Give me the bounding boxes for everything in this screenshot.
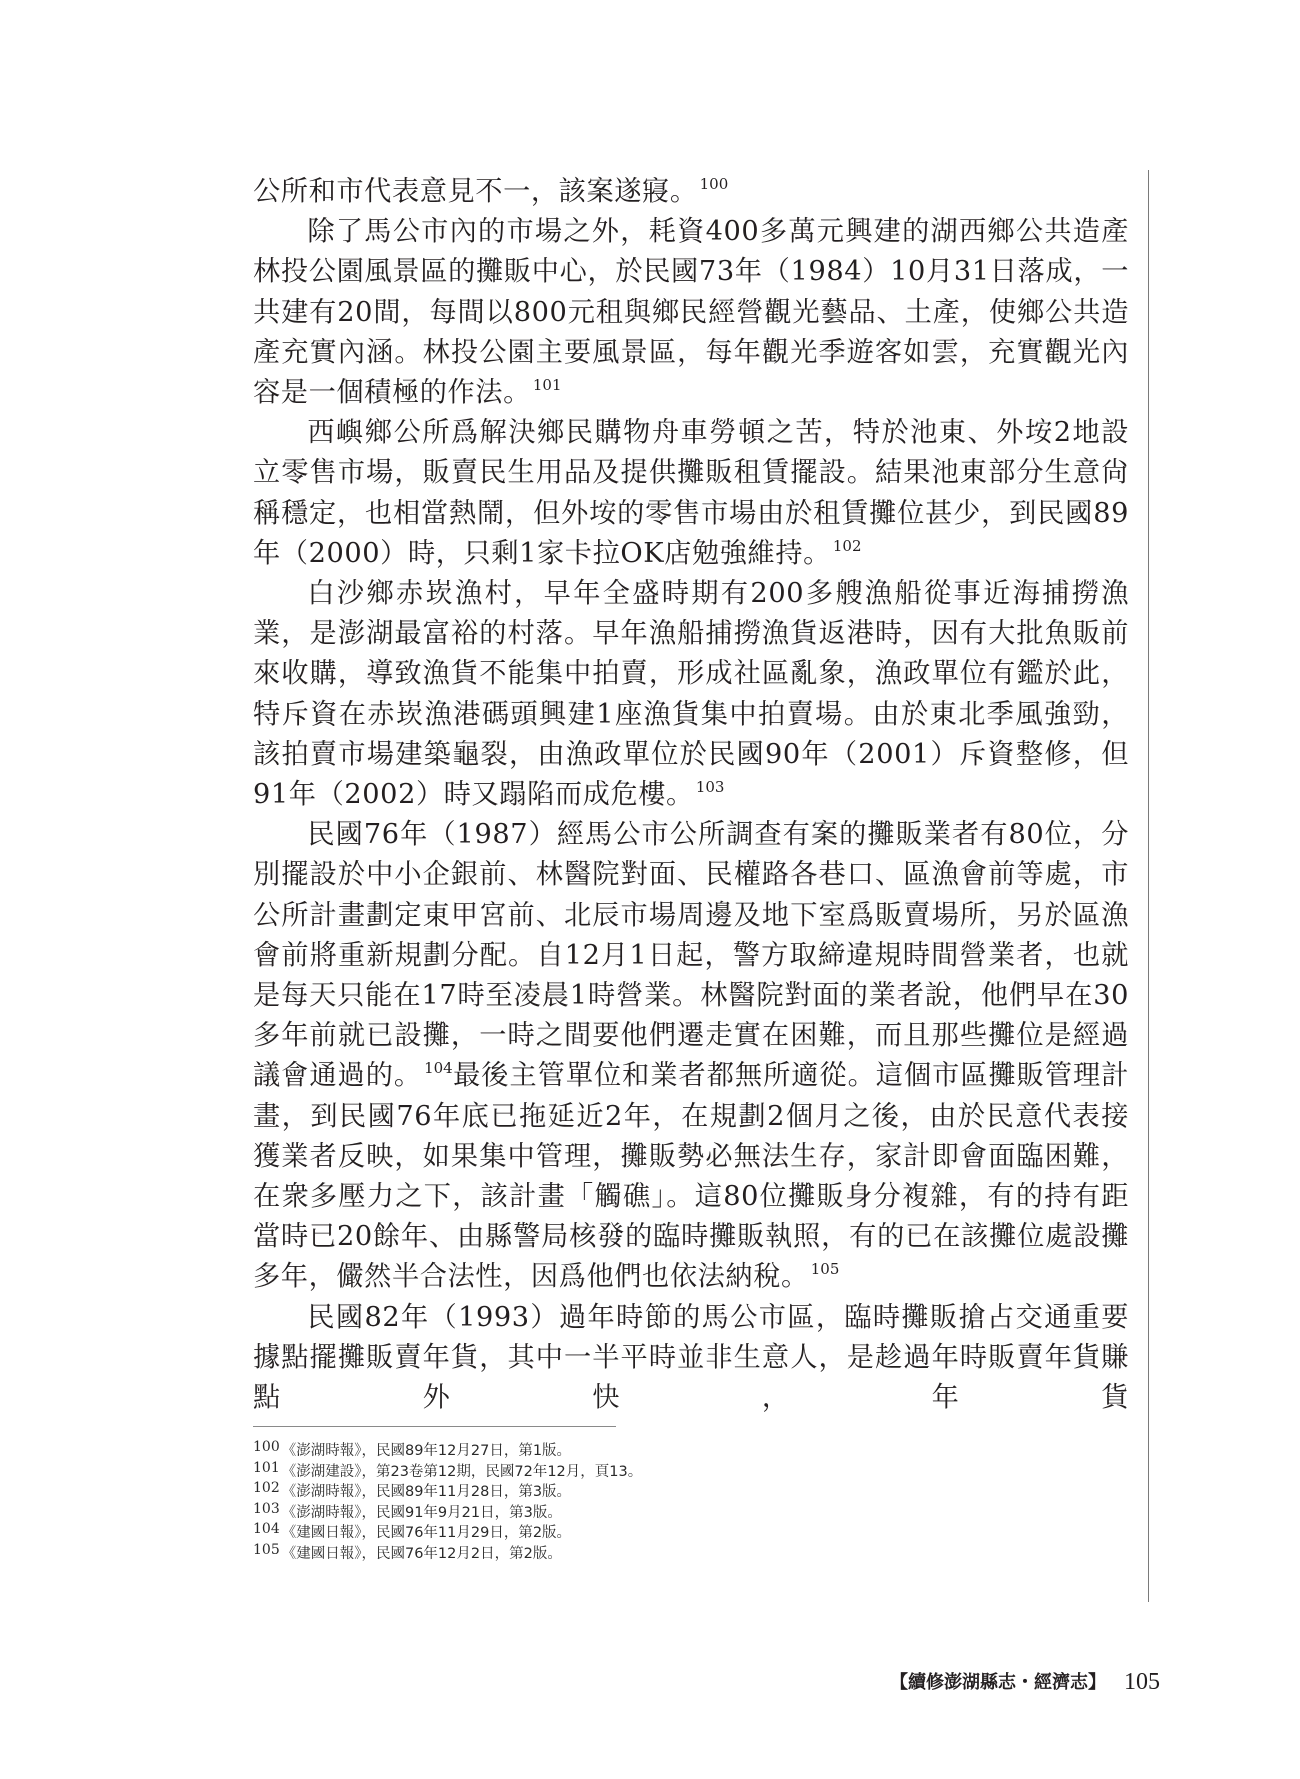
paragraph-text: 除了馬公市內的市場之外，耗資400多萬元興建的湖西鄉公共造產林投公園風景區的攤販…: [253, 216, 1129, 408]
footnote-number: 104: [253, 1521, 280, 1537]
footnote-item: 105《建國日報》，民國76年12月2日，第2版。: [253, 1544, 953, 1565]
footnote-ref[interactable]: 104: [424, 1059, 453, 1077]
footnote-text: 《澎湖時報》，民國89年12月27日，第1版。: [282, 1443, 571, 1459]
paragraph-text: 西嶼鄉公所爲解決鄉民購物舟車勞頓之苦，特於池東、外垵2地設立零售市場，販賣民生用…: [253, 417, 1129, 569]
paragraph-text: 最後主管單位和業者都無所適從。這個市區攤販管理計畫，到民國76年底已拖延近2年，…: [253, 1060, 1129, 1292]
footnote-ref[interactable]: 101: [533, 376, 562, 394]
footnote-number: 100: [253, 1439, 280, 1455]
paragraph-huxi-market: 除了馬公市內的市場之外，耗資400多萬元興建的湖西鄉公共造產林投公園風景區的攤販…: [253, 212, 1129, 413]
footnote-ref[interactable]: 100: [700, 175, 729, 193]
paragraph-text: 白沙鄉赤崁漁村，早年全盛時期有200多艘漁船從事近海捕撈漁業，是澎湖最富裕的村落…: [253, 578, 1129, 810]
footnote-item: 101《澎湖建設》，第23卷第12期，民國72年12月，頁13。: [253, 1462, 953, 1483]
book-page: 公所和市代表意見不一，該案遂寢。100 除了馬公市內的市場之外，耗資400多萬元…: [0, 0, 1300, 1779]
footnote-item: 103《澎湖時報》，民國91年9月21日，第3版。: [253, 1503, 953, 1524]
paragraph-text: 公所和市代表意見不一，該案遂寢。: [253, 176, 698, 207]
margin-vertical-rule: [1148, 170, 1149, 1602]
paragraph-magong-vendors-1987: 民國76年（1987）經馬公市公所調查有案的攤販業者有80位，分別擺設於中小企銀…: [253, 815, 1129, 1297]
footnotes-list: 100《澎湖時報》，民國89年12月27日，第1版。 101《澎湖建設》，第23…: [253, 1441, 953, 1564]
footnote-number: 102: [253, 1480, 280, 1496]
footnote-text: 《澎湖時報》，民國91年9月21日，第3版。: [282, 1505, 562, 1521]
footnote-number: 103: [253, 1501, 280, 1517]
paragraph-chikan-fishing-village: 白沙鄉赤崁漁村，早年全盛時期有200多艘漁船從事近海捕撈漁業，是澎湖最富裕的村落…: [253, 574, 1129, 815]
footnote-item: 102《澎湖時報》，民國89年11月28日，第3版。: [253, 1482, 953, 1503]
footnote-separator: [253, 1426, 616, 1427]
paragraph-xiyu-market: 西嶼鄉公所爲解決鄉民購物舟車勞頓之苦，特於池東、外垵2地設立零售市場，販賣民生用…: [253, 413, 1129, 574]
main-body-text: 公所和市代表意見不一，該案遂寢。100 除了馬公市內的市場之外，耗資400多萬元…: [253, 172, 1129, 1418]
page-number: 105: [1124, 1669, 1160, 1695]
paragraph-text: 民國76年（1987）經馬公市公所調查有案的攤販業者有80位，分別擺設於中小企銀…: [253, 819, 1129, 1091]
paragraph-continuation: 公所和市代表意見不一，該案遂寢。100: [253, 172, 1129, 212]
footnote-ref[interactable]: 102: [833, 537, 862, 555]
footnote-text: 《建國日報》，民國76年11月29日，第2版。: [282, 1525, 571, 1541]
footnote-ref[interactable]: 103: [696, 778, 725, 796]
footnote-text: 《建國日報》，民國76年12月2日，第2版。: [282, 1546, 562, 1562]
footnote-text: 《澎湖建設》，第23卷第12期，民國72年12月，頁13。: [282, 1464, 643, 1480]
footnote-item: 100《澎湖時報》，民國89年12月27日，第1版。: [253, 1441, 953, 1462]
paragraph-text: 民國82年（1993）過年時節的馬公市區，臨時攤販搶占交通重要據點擺攤販賣年貨，…: [253, 1302, 1129, 1413]
footnote-ref[interactable]: 105: [811, 1260, 840, 1278]
footnote-number: 105: [253, 1542, 280, 1558]
footnote-number: 101: [253, 1460, 280, 1476]
footnote-text: 《澎湖時報》，民國89年11月28日，第3版。: [282, 1484, 571, 1500]
book-title: 【續修澎湖縣志・經濟志】: [890, 1672, 1106, 1693]
footnote-item: 104《建國日報》，民國76年11月29日，第2版。: [253, 1523, 953, 1544]
running-footer: 【續修澎湖縣志・經濟志】105: [880, 1668, 1160, 1695]
paragraph-new-year-vendors-1993: 民國82年（1993）過年時節的馬公市區，臨時攤販搶占交通重要據點擺攤販賣年貨，…: [253, 1298, 1129, 1419]
